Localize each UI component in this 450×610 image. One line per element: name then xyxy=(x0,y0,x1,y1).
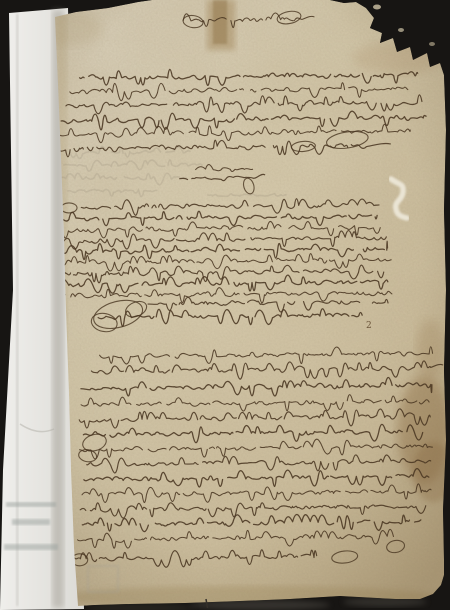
torn-paper-fragment xyxy=(373,5,381,10)
paragraph-end-mark: 2 xyxy=(366,321,372,331)
torn-paper-fragment xyxy=(429,42,435,46)
faint-stamp-mark xyxy=(6,502,56,507)
faint-stamp-mark xyxy=(4,544,58,550)
manuscript-page: 1 2 xyxy=(38,0,450,610)
strip-crease xyxy=(16,14,19,606)
torn-paper-fragment xyxy=(398,28,404,32)
manuscript-scan: 1 2 xyxy=(0,0,450,610)
faint-stamp-mark xyxy=(12,519,50,525)
scan-viewport: 1 2 xyxy=(0,0,450,610)
